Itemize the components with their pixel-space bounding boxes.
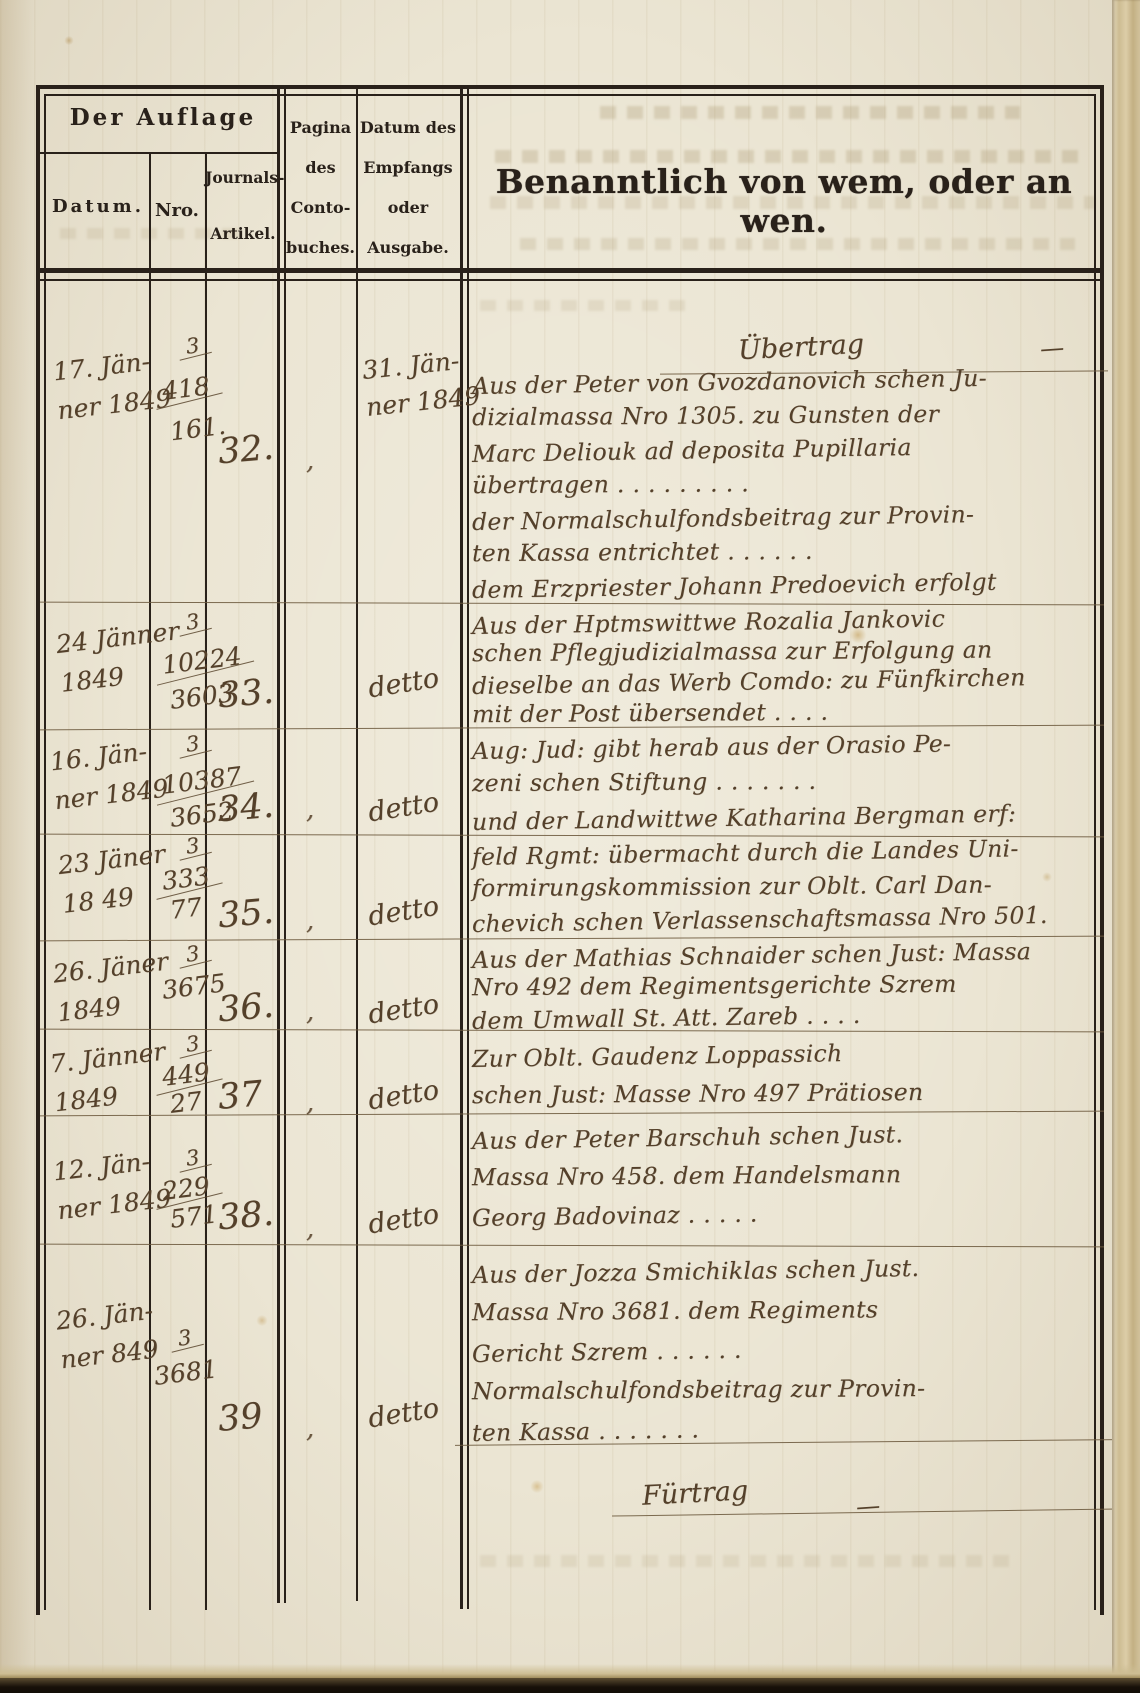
nro-value: 3 [177,1325,193,1350]
row-datum: 26. Jän- ner 849 [54,1291,161,1380]
page-edge-bottom-shade [0,1664,1140,1678]
ledger-row: 26. Jän- ner 8493368139,dettoAus der Joz… [0,0,1140,1693]
row-pagina-mark: , [306,1414,314,1444]
ledger-page: Der Auflage Datum. Nro. Journals- Artike… [0,0,1140,1693]
entry-text-line: Gericht Szrem . . . . . . [472,1325,1105,1375]
row-entry-text: Aus der Jozza Smichiklas schen Just.Mass… [472,1251,1104,1449]
row-nro: 33681 [152,1326,262,1390]
row-artikel-number: 39 [216,1396,264,1440]
carryover-bottom-label: Fürtrag [641,1475,749,1512]
row-empfang-date: detto [366,1393,441,1435]
page-edge-right [1112,0,1140,1680]
page-edge-bottom [0,1678,1140,1693]
ledger-rows: 17. Jän- ner 18493418161.32.,31. Jän- ne… [0,0,1140,1693]
entry-text-line: Aus der Jozza Smichiklas schen Just. [472,1246,1105,1296]
carryover-bottom-dash: — [855,1491,881,1521]
entry-text-line: ten Kassa . . . . . . . [472,1404,1105,1454]
nro-value: 3681 [152,1354,219,1391]
